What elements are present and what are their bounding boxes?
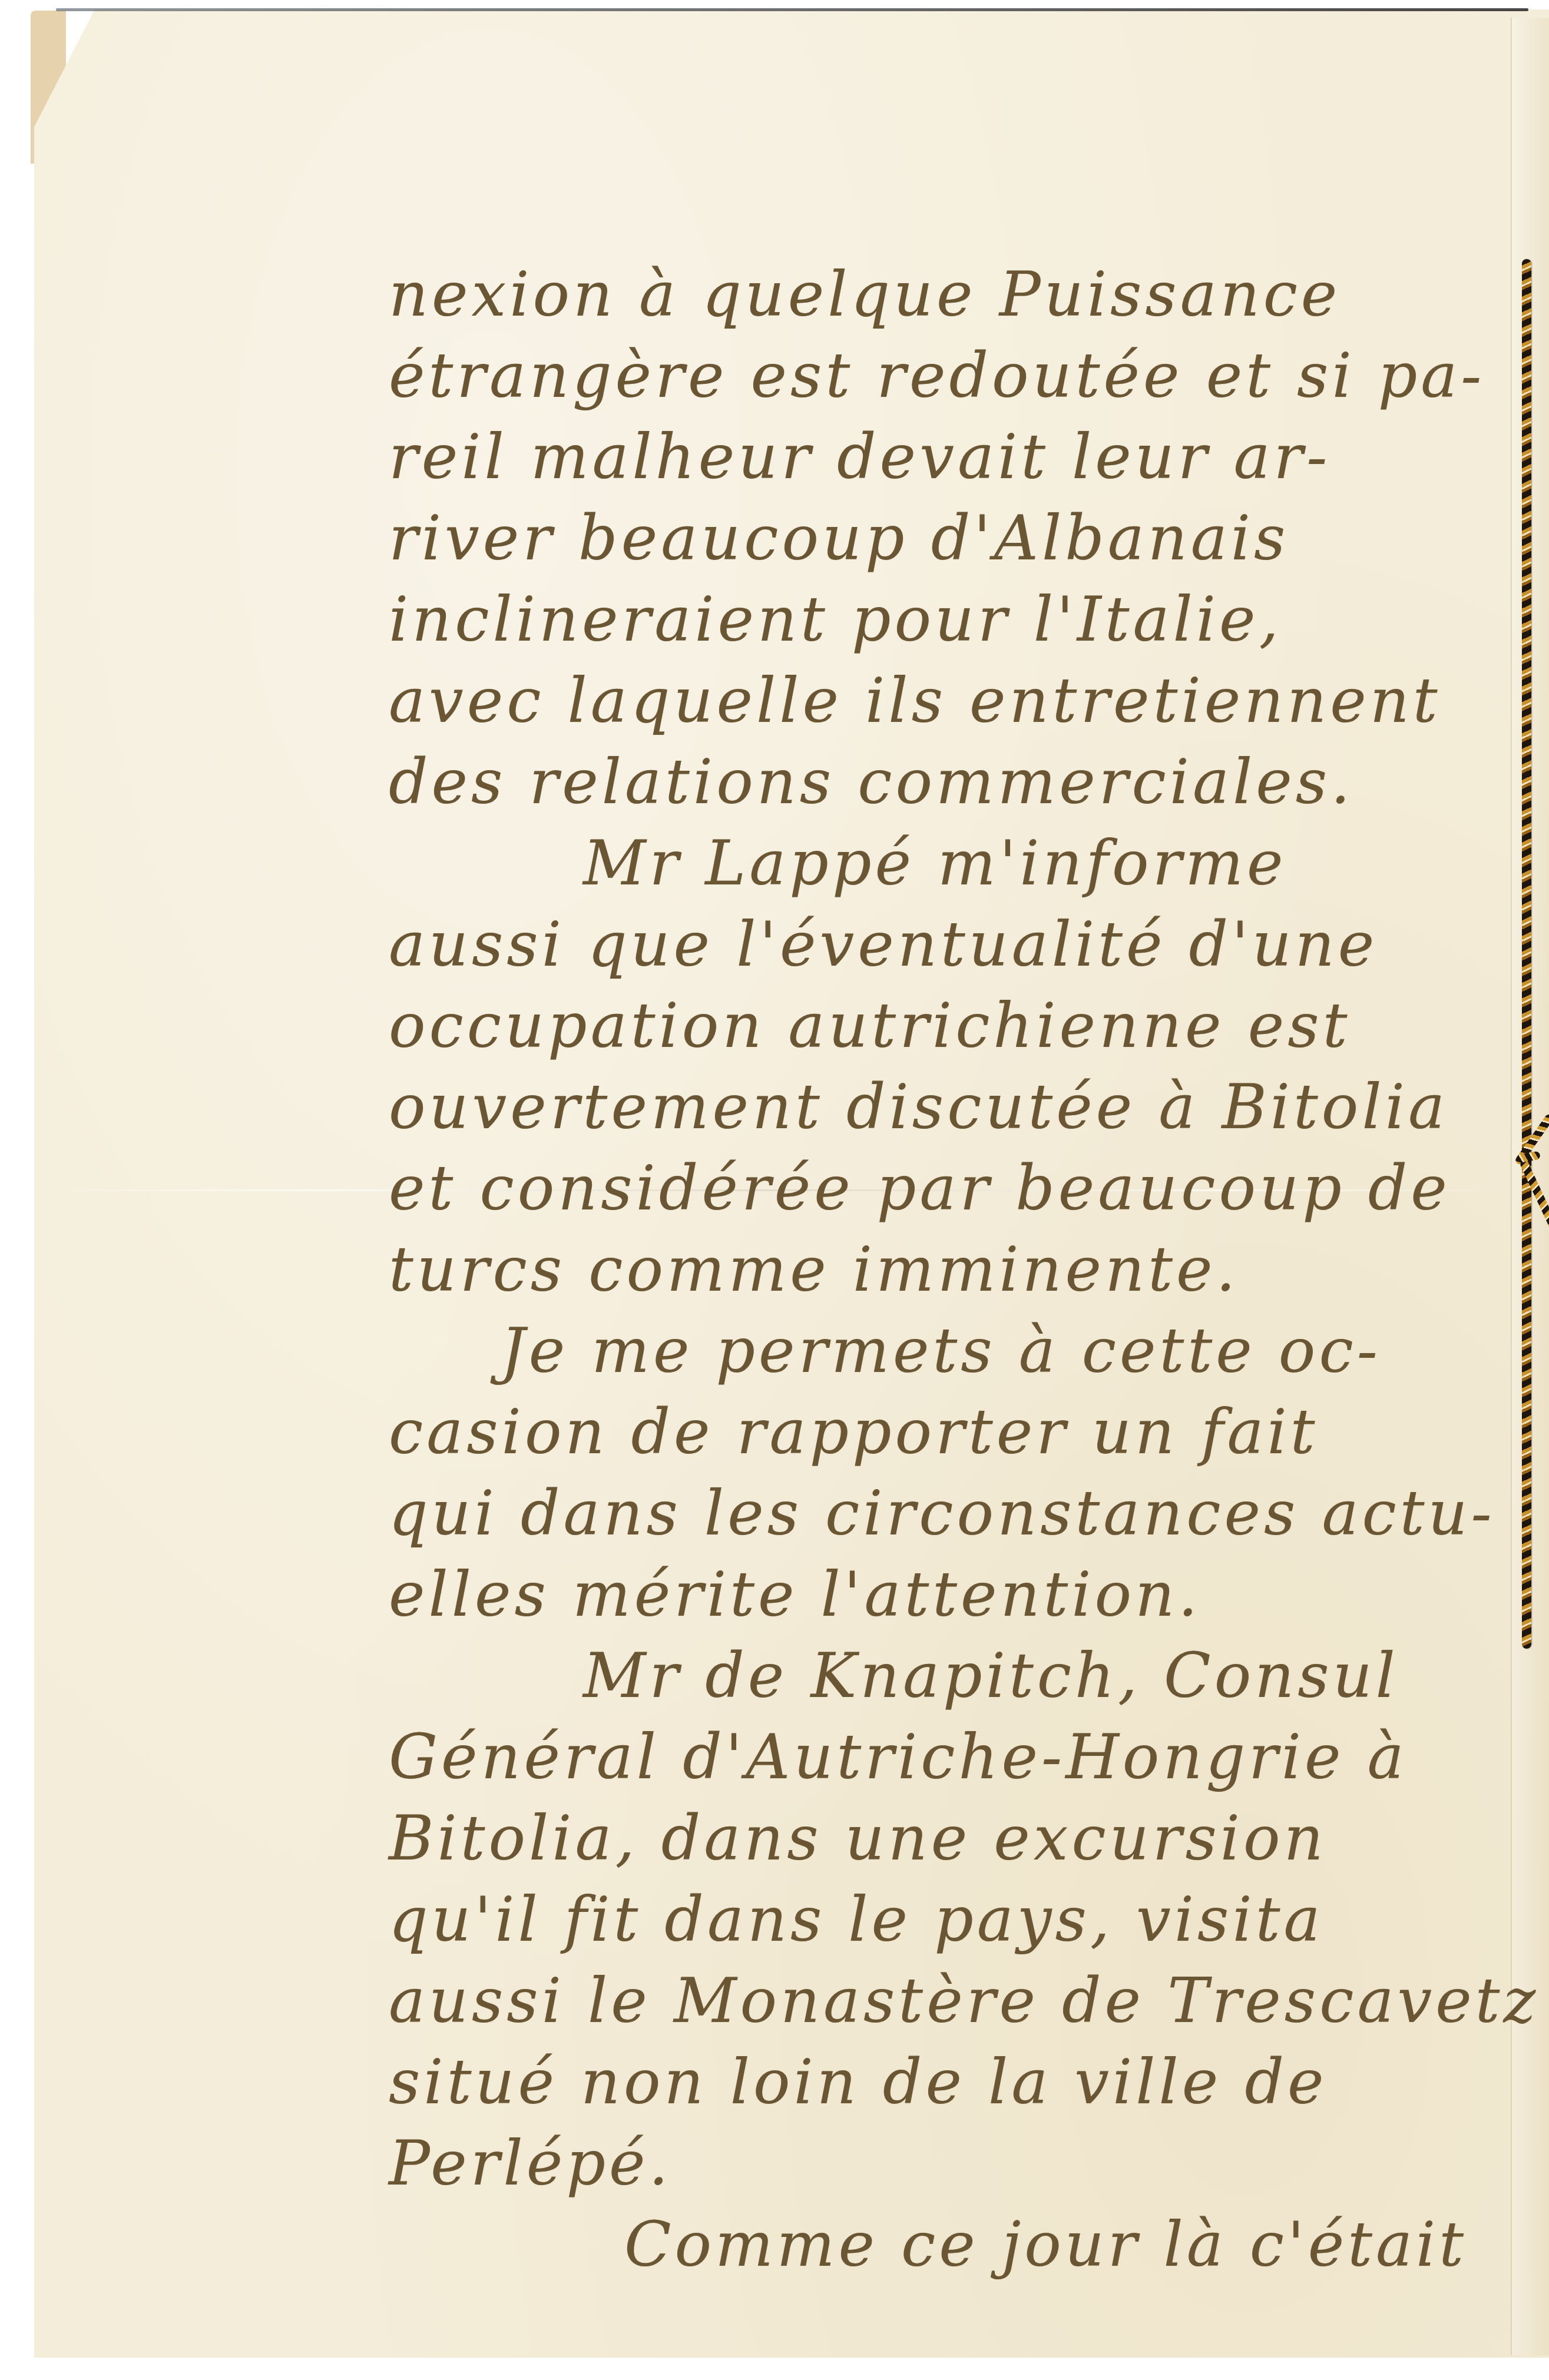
cord-strand (1519, 1159, 1549, 1232)
text-line: nexion à quelque Puissance (389, 253, 1341, 336)
text-line: Bitolia, dans une excursion (389, 1797, 1327, 1880)
paragraph-start-line: Mr Lappé m'informe (583, 822, 1287, 904)
text-line: elles mérite l'attention. (389, 1553, 1201, 1636)
text-line: occupation autrichienne est (389, 985, 1351, 1067)
text-line: casion de rapporter un fait (389, 1391, 1319, 1473)
text-line: Général d'Autriche-Hongrie à (389, 1716, 1408, 1798)
text-line: river beaucoup d'Albanais (389, 497, 1289, 579)
paragraph-start-line: Je me permets à cette oc- (501, 1310, 1381, 1392)
text-line: Perlépé. (389, 2122, 672, 2205)
page-top-edge (56, 8, 1528, 11)
text-line: étrangère est redoutée et si pa- (389, 334, 1485, 417)
text-line: inclineraient pour l'Italie, (389, 578, 1282, 661)
text-line: turcs comme imminente. (389, 1228, 1239, 1311)
binding-cord (1522, 259, 1531, 1649)
text-line: situé non loin de la ville de (389, 2041, 1328, 2123)
text-line: qui dans les circonstances actu- (389, 1472, 1495, 1554)
text-line: avec laquelle ils entretiennent (389, 659, 1441, 742)
text-line: ouvertement discutée à Bitolia (389, 1066, 1448, 1148)
cord-knot (1518, 1122, 1549, 1222)
text-line: aussi le Monastère de Trescavetz (389, 1960, 1539, 2042)
text-line: reil malheur devait leur ar- (389, 416, 1330, 498)
paragraph-start-line: Mr de Knapitch, Consul (583, 1635, 1399, 1717)
text-line: qu'il fit dans le pays, visita (389, 1878, 1323, 1961)
paragraph-start-line: Comme ce jour là c'était (624, 2203, 1467, 2286)
text-line: des relations commerciales. (389, 741, 1353, 823)
text-line: aussi que l'éventualité d'une (389, 903, 1378, 986)
text-line: et considérée par beaucoup de (389, 1147, 1451, 1229)
